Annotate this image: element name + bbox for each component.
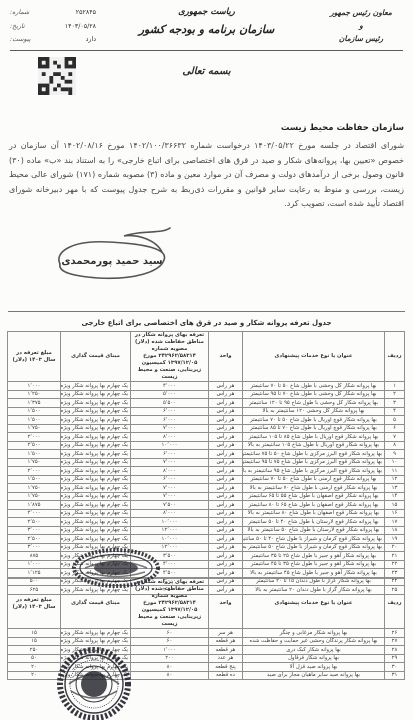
letterhead-signatory-role: معاون رئیس جمهور و رئیس سازمان [315,6,407,45]
cell-unit: هر رأس [209,518,243,527]
cell-base-tariff: ۸۰ [131,671,209,680]
header-unit: واحد [209,579,243,629]
cell-row-no: ۴ [385,407,405,416]
cell-row-no: ۵ [385,416,405,425]
letter-attachment-value: دارد [86,36,96,43]
cell-unit: هر رأس [209,433,243,442]
table-row: ۱۶ بها پروانه شکار قوچ اصفهان با طول شاخ… [8,509,405,518]
cell-amount: ۲٬۵۰۰ [8,518,61,527]
cell-base-tariff: ۱۰٬۰۰۰ [131,535,209,544]
cell-unit: هر رأس [209,484,243,493]
cell-unit: هر رأس [209,535,243,544]
decision-paragraph: شورای اقتصاد در جلسه مورخ ۱۴۰۳/۰۵/۲۲ درخ… [9,139,404,212]
signature: سید حمید پورمحمدی [46,226,176,292]
cell-basis: یک چهارم بها پروانه شکار ویژه [61,382,131,391]
cell-row-no: ۱۵ [385,501,405,510]
cell-basis: یک چهارم بها پروانه شکار ویژه [61,467,131,476]
cell-amount: ۲۰ [8,663,61,672]
cell-basis: یک چهارم بها پروانه شکار ویژه [61,441,131,450]
cell-service: بها پروانه شکار قوچ لارستان با طول شاخ ۵… [243,526,385,535]
cell-row-no: ۶ [385,424,405,433]
cell-service: بها پروانه شکار کل وحشی ۱۲۰ سانتیمتر به … [243,407,385,416]
cell-amount: ۱٬۷۵۰ [8,424,61,433]
cell-amount: ۲٬۰۰۰ [8,509,61,518]
cell-base-tariff: ۷٬۵۰۰ [131,501,209,510]
header-service: عنوان یا نوع خدمات پیشنهادی [243,579,385,629]
cell-row-no: ۸ [385,441,405,450]
org-line-pbo: سازمان برنامه و بودجه کشور [139,23,275,36]
role-line-2: و [315,19,407,32]
cell-base-tariff: ۶٬۰۰۰ [131,450,209,459]
cell-amount: ۱٬۵۰۰ [8,450,61,459]
cell-row-no: ۲۲ [385,560,405,569]
cell-base-tariff: ۸٬۰۰۰ [131,509,209,518]
cell-base-tariff: ۲۰۰ [131,654,209,663]
cell-amount: ۱٬۷۵۰ [8,458,61,467]
cell-row-no: ۱۲ [385,475,405,484]
cell-unit: هر رأس [209,390,243,399]
cell-unit: هر رأس [209,399,243,408]
cell-base-tariff: ۶٬۰۰۰ [131,416,209,425]
cell-row-no: ۲۰ [385,543,405,552]
cell-service: بها پروانه شکار قوچ اصفهان با طول شاخ ۶۵… [243,501,385,510]
cell-basis: یک چهارم بها پروانه شکار ویژه [61,399,131,408]
oval-stamp [71,547,161,589]
cell-amount: ۱٬۰۰۰ [8,560,61,569]
tariff-table-main: ردیف عنوان یا نوع خدمات پیشنهادی واحد تع… [7,331,405,595]
cell-row-no: ۲۶ [385,629,405,638]
cell-basis: یک چهارم بها پروانه شکار ویژه [61,484,131,493]
cell-row-no: ۹ [385,450,405,459]
table-body: ۱ بها پروانه شکار کل وحشی با طول شاخ ۵۰ … [8,382,405,595]
cell-base-tariff: ۸۰ [131,663,209,672]
table-header: ردیف عنوان یا نوع خدمات پیشنهادی واحد تع… [8,579,405,629]
meta-number: ۲۵۲۸۴۵ شماره: [10,9,96,16]
scanned-letter-page: معاون رئیس جمهور و رئیس سازمان ریاست جمه… [0,0,413,720]
cell-service: بها پروانه شکار قوچ البرز مرکزی با طول ش… [243,467,385,476]
cell-service: بها پروانه شکار آهو و جبیر با طول شاخ ۳۵… [243,560,385,569]
cell-amount: ۲٬۵۰۰ [8,535,61,544]
cell-unit: هر رأس [209,407,243,416]
role-line-3: رئیس سازمان [315,32,407,45]
letterhead-org: ریاست جمهوری سازمان برنامه و بودجه کشور [139,7,275,36]
cell-amount: ۲۰ [8,671,61,680]
table-row: ۲۶ بها پروانه شکار مرغابی و چنگر هر سر ۶… [8,629,405,638]
cell-amount: ۱٬۱۲۵ [8,569,61,578]
table-row: ۲۳ بها پروانه شکار آهو و جبیر با طول شاخ… [8,569,405,578]
cell-service: بها پروانه شکار کبک دری [243,646,385,655]
cell-row-no: ۱۱ [385,467,405,476]
section-divider [8,311,405,312]
cell-base-tariff: ۵٬۰۰۰ [131,390,209,399]
table-row: ۱۵ بها پروانه شکار قوچ اصفهان با طول شاخ… [8,501,405,510]
cell-unit: هر رأس [209,543,243,552]
table-row: ۱۰ بها پروانه شکار قوچ البرز مرکزی با طو… [8,458,405,467]
letterhead-divider [10,50,403,51]
cell-amount: ۱٬۰۰۰ [8,382,61,391]
cell-basis: یک چهارم بها پروانه شکار ویژه [61,458,131,467]
cell-service: بها پروانه شکار قوچ البرز مرکزی با طول ش… [243,458,385,467]
cell-row-no: ۱۰ [385,458,405,467]
table-row: ۲۰ بها پروانه شکار قوچ کرمان و شیراز با … [8,543,405,552]
header-service: عنوان یا نوع خدمات پیشنهادی [243,332,385,382]
table-row: ۱۲ بها پروانه شکار قوچ ارمنی با طول شاخ … [8,475,405,484]
cell-base-tariff: ۶۰ [131,637,209,646]
cell-basis: یک چهارم بها پروانه شکار ویژه [61,433,131,442]
cell-unit: هر رأس [209,424,243,433]
cell-amount: ۸۷۵ [8,552,61,561]
cell-service: بها پروانه شکار قوچ اصفهان با طول شاخ ۵۵… [243,492,385,501]
cell-amount: ۱۵ [8,637,61,646]
cell-amount: ۱٬۳۷۵ [8,399,61,408]
cell-unit: ده قطعه [209,671,243,680]
cell-service: بها پروانه شکار قوچ اوریال با طول شاخ ۷۰… [243,424,385,433]
cell-unit: هر رأس [209,416,243,425]
cell-row-no: ۲۷ [385,637,405,646]
round-seal-stamp [55,645,133,720]
table-title: جدول تعرفه پروانه شکار و صید در قرق های … [0,319,413,327]
cell-row-no: ۱۴ [385,492,405,501]
cell-row-no: ۲ [385,390,405,399]
cell-base-tariff: ۱۰٬۰۰۰ [131,441,209,450]
cell-amount: ۱۵ [8,629,61,638]
header-base-tariff: تعرفه بهای پروانه شکار در مناطق حفاظت شد… [131,332,209,382]
org-line-presidency: ریاست جمهوری [139,7,275,17]
cell-row-no: ۱ [385,382,405,391]
cell-service: بها پروانه شکار قوچ کرمان و شیراز با طول… [243,535,385,544]
cell-basis: یک چهارم بها پروانه شکار ویژه [61,475,131,484]
cell-row-no: ۳ [385,399,405,408]
table-row: ۱۳ بها پروانه شکار قوچ ارمنی با طول شاخ … [8,484,405,493]
cell-service: بها پروانه شکار پرندگان وحشی غیر حمایت و… [243,637,385,646]
role-line-1: معاون رئیس جمهور [315,6,407,19]
cell-amount: ۲۵۰ [8,646,61,655]
cell-unit: هر رأس [209,569,243,578]
cell-amount: ۱٬۷۵۰ [8,484,61,493]
cell-service: بها پروانه شکار قوچ کرمان و شیراز با طول… [243,543,385,552]
cell-base-tariff: ۱۲٬۰۰۰ [131,526,209,535]
cell-service: بها پروانه شکار کل وحشی با طول شاخ ۵۰ تا… [243,382,385,391]
cell-row-no: ۱۷ [385,518,405,527]
table-row: ۸ بها پروانه شکار قوچ اوریال با طول شاخ … [8,441,405,450]
cell-row-no: ۷ [385,433,405,442]
cell-basis: یک چهارم بها پروانه شکار ویژه [61,450,131,459]
cell-service: بها پروانه شکار قوچ اوریال با طول شاخ ۵۰… [243,416,385,425]
header-unit: واحد [209,332,243,382]
cell-unit: پنج قطعه [209,663,243,672]
bismillah: بسمه تعالی [0,66,413,77]
cell-basis: یک چهارم بها پروانه شکار ویژه [61,526,131,535]
cell-service: بها پروانه صید قزل آلا [243,663,385,672]
cell-base-tariff: ۸٬۰۰۰ [131,433,209,442]
cell-unit: هر رأس [209,475,243,484]
table-row: ۵ بها پروانه شکار قوچ اوریال با طول شاخ … [8,416,405,425]
cell-amount: ۱٬۵۰۰ [8,475,61,484]
table-row: ۲۱ بها پروانه شکار آهو و جبیر با طول شاخ… [8,552,405,561]
table-row: ۱۷ بها پروانه شکار قوچ لارستان با طول شا… [8,518,405,527]
letter-attachment-label: پیوست: [10,36,31,43]
cell-service: بها پروانه شکار قوچ ارمنی با طول شاخ ۵۰ … [243,475,385,484]
cell-unit: هر رأس [209,467,243,476]
cell-unit: هر رأس [209,450,243,459]
cell-service: بها پروانه شکار قوچ لارستان با طول شاخ ۴… [243,518,385,527]
cell-amount: ۲٬۵۰۰ [8,441,61,450]
cell-unit: هر رأس [209,560,243,569]
cell-row-no: ۲۳ [385,569,405,578]
cell-unit: هر سر [209,629,243,638]
cell-basis: یک چهارم بها پروانه شکار ویژه [61,518,131,527]
table-row: ۹ بها پروانه شکار قوچ البرز مرکزی با طول… [8,450,405,459]
letter-date-value: ۱۴۰۳/۰۵/۲۸ [65,23,96,30]
cell-base-tariff: ۱٬۰۰۰ [131,646,209,655]
cell-unit: هر رأس [209,441,243,450]
cell-unit: هر رأس [209,458,243,467]
cell-unit: هر عدد [209,654,243,663]
cell-service: بها پروانه شکار کل وحشی با طول شاخ ۷۰ تا… [243,390,385,399]
header-row-no: ردیف [385,332,405,382]
table-row: ۱ بها پروانه شکار کل وحشی با طول شاخ ۵۰ … [8,382,405,391]
signature-name: سید حمید پورمحمدی [61,256,162,267]
header-amount: مبلغ تعرفه در سال ۱۴۰۳ (دلار) [8,579,61,629]
letter-date-label: تاریخ: [10,23,25,30]
cell-base-tariff: ۴٬۰۰۰ [131,382,209,391]
letter-number-label: شماره: [10,9,29,16]
cell-amount: ۱٬۷۵۰ [8,492,61,501]
cell-service: بها پروانه شکار قوچ اوریال با طول شاخ ۸۵… [243,433,385,442]
cell-basis: یک چهارم بها پروانه شکار ویژه [61,492,131,501]
cell-unit: هر رأس [209,492,243,501]
table-row: ۱۹ بها پروانه شکار قوچ کرمان و شیراز با … [8,535,405,544]
cell-base-tariff: ۷٬۰۰۰ [131,424,209,433]
cell-service: بها پروانه شکار قوچ ارمنی با طول شاخ ۷۰ … [243,484,385,493]
cell-amount: ۲٬۰۰۰ [8,433,61,442]
header-row-no: ردیف [385,579,405,629]
cell-unit: هر رأس [209,509,243,518]
cell-basis: یک چهارم بها پروانه شکار ویژه [61,407,131,416]
cell-amount: ۱٬۵۰۰ [8,407,61,416]
cell-row-no: ۱۳ [385,484,405,493]
cell-base-tariff: ۸٬۰۰۰ [131,467,209,476]
letter-meta: ۲۵۲۸۴۵ شماره: ۱۴۰۳/۰۵/۲۸ تاریخ: دارد پیو… [10,9,96,50]
cell-service: بها پروانه شکار آهو و جبیر با طول شاخ ۲۵… [243,552,385,561]
cell-basis: یک چهارم بها پروانه شکار ویژه [61,424,131,433]
cell-row-no: ۳۱ [385,671,405,680]
cell-row-no: ۲۱ [385,552,405,561]
cell-base-tariff: ۶٬۰۰۰ [131,475,209,484]
table-row: ۷ بها پروانه شکار قوچ اوریال با طول شاخ … [8,433,405,442]
cell-service: بها پروانه شکار قوچ اوریال با طول شاخ ۱۰… [243,441,385,450]
cell-amount: ۲٬۰۰۰ [8,467,61,476]
letter-number-value: ۲۵۲۸۴۵ [76,9,96,16]
cell-amount: ۱٬۲۵۰ [8,390,61,399]
cell-row-no: ۳۰ [385,663,405,672]
cell-service: بها پروانه شکار قوچ البرز مرکزی با طول ش… [243,450,385,459]
table-row: ۱۱ بها پروانه شکار قوچ البرز مرکزی با طو… [8,467,405,476]
cell-service: بها پروانه صید سایر ماهیان مجاز برای صید [243,671,385,680]
cell-base-tariff: ۷٬۰۰۰ [131,492,209,501]
table-row: ۲۲ بها پروانه شکار آهو و جبیر با طول شاخ… [8,560,405,569]
meta-date: ۱۴۰۳/۰۵/۲۸ تاریخ: [10,23,96,30]
meta-attachment: دارد پیوست: [10,36,96,43]
cell-amount: ۳٬۰۰۰ [8,543,61,552]
cell-base-tariff: ۱۰٬۰۰۰ [131,518,209,527]
cell-basis: یک چهارم بها پروانه شکار ویژه [61,535,131,544]
cell-base-tariff: ۷٬۰۰۰ [131,484,209,493]
cell-basis: یک چهارم بها پروانه شکار ویژه [61,416,131,425]
cell-base-tariff: ۶۰ [131,629,209,638]
recipient-org: سازمان حفاظت محیط زیست [281,123,404,133]
cell-basis: یک چهارم بها پروانه شکار ویژه [61,390,131,399]
table-header: ردیف عنوان یا نوع خدمات پیشنهادی واحد تع… [8,332,405,382]
cell-row-no: ۱۹ [385,535,405,544]
cell-unit: هر رأس [209,382,243,391]
cell-service: بها پروانه شکار آهو و جبیر با طول شاخ ۴۵… [243,569,385,578]
table-row: ۲ بها پروانه شکار کل وحشی با طول شاخ ۷۰ … [8,390,405,399]
table-row: ۴ بها پروانه شکار کل وحشی ۱۲۰ سانتیمتر ب… [8,407,405,416]
cell-basis: یک چهارم بها پروانه شکار ویژه [61,509,131,518]
cell-unit: هر قطعه [209,637,243,646]
cell-base-tariff: ۵٬۵۰۰ [131,399,209,408]
cell-amount: ۵۰ [8,654,61,663]
table-row: ۳ بها پروانه شکار کل وحشی با طول شاخ ۹۵ … [8,399,405,408]
cell-row-no: ۱۶ [385,509,405,518]
cell-service: بها پروانه شکار قوچ اصفهان با طول شاخ ۸۰… [243,509,385,518]
cell-unit: هر رأس [209,526,243,535]
cell-base-tariff: ۷٬۰۰۰ [131,458,209,467]
cell-unit: هر قطعه [209,646,243,655]
cell-unit: هر رأس [209,501,243,510]
cell-service: بها پروانه شکار مرغابی و چنگر [243,629,385,638]
cell-amount: ۱٬۵۰۰ [8,416,61,425]
cell-service: بها پروانه شکار قرقاول [243,654,385,663]
cell-base-tariff: ۶٬۰۰۰ [131,407,209,416]
cell-service: بها پروانه شکار کل وحشی با طول شاخ ۹۵ تا… [243,399,385,408]
cell-basis: یک چهارم بها پروانه شکار ویژه [61,629,131,638]
header-amount: مبلغ تعرفه در سال ۱۴۰۳ (دلار) [8,332,61,382]
cell-amount: ۳٬۰۰۰ [8,526,61,535]
table-row: ۱۴ بها پروانه شکار قوچ اصفهان با طول شاخ… [8,492,405,501]
cell-unit: هر رأس [209,552,243,561]
cell-row-no: ۲۹ [385,654,405,663]
header-basis: مبنای قیمت گذاری [61,332,131,382]
cell-amount: ۱٬۸۷۵ [8,501,61,510]
cell-basis: یک چهارم بها پروانه شکار ویژه [61,501,131,510]
cell-row-no: ۲۸ [385,646,405,655]
table-row: ۶ بها پروانه شکار قوچ اوریال با طول شاخ … [8,424,405,433]
table-row: ۱۸ بها پروانه شکار قوچ لارستان با طول شا… [8,526,405,535]
cell-row-no: ۱۸ [385,526,405,535]
